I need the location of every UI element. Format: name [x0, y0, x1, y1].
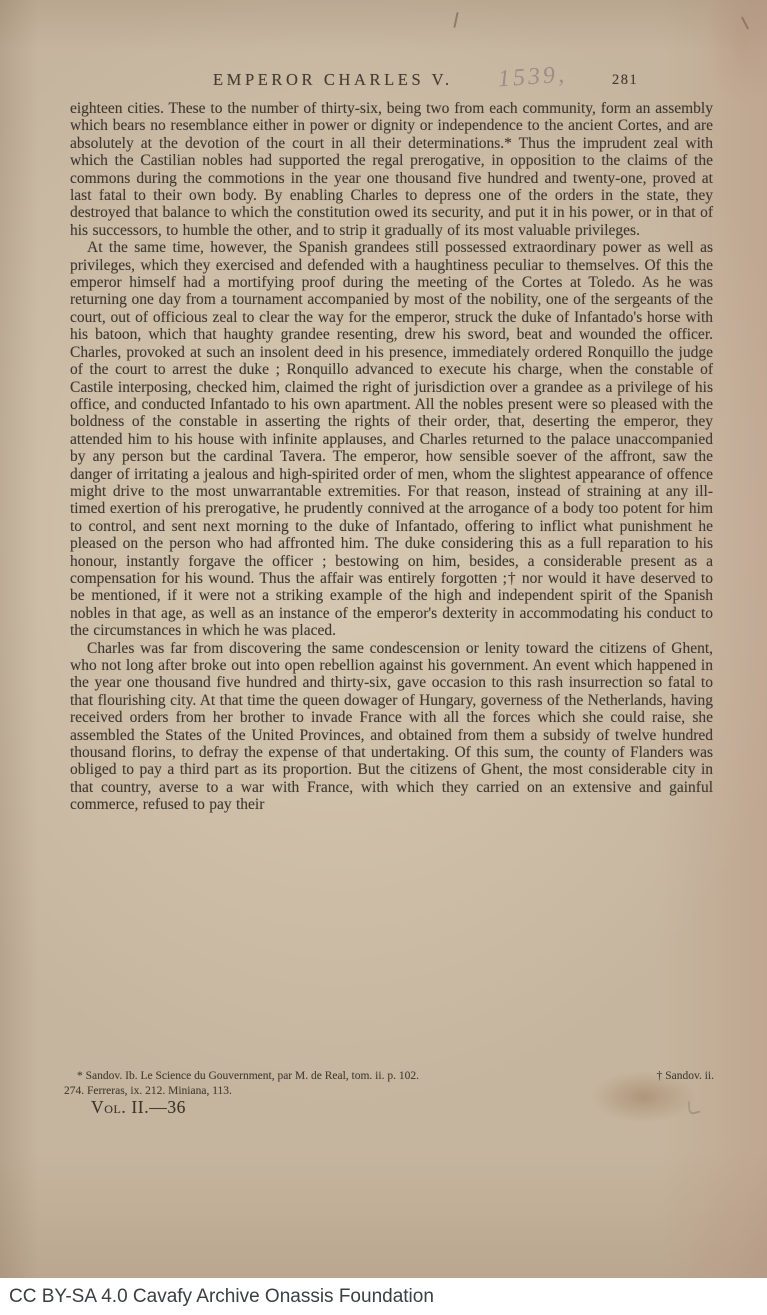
footnote-dagger-start: † Sandov. ii. — [657, 1070, 714, 1084]
license-bar: CC BY-SA 4.0 Cavafy Archive Onassis Foun… — [0, 1278, 767, 1315]
body-paragraph: Charles was far from discovering the sam… — [70, 640, 713, 814]
paper-fiber-mark — [453, 12, 458, 28]
book-page-scan: EMPEROR CHARLES V. 1539, 281 eighteen ci… — [0, 0, 767, 1315]
body-paragraph: eighteen cities. These to the number of … — [70, 100, 713, 239]
license-text: CC BY-SA 4.0 Cavafy Archive Onassis Foun… — [9, 1286, 434, 1308]
paper-background: EMPEROR CHARLES V. 1539, 281 eighteen ci… — [0, 0, 767, 1278]
footnote-line: 274. Ferreras, ix. 212. Miniana, 113. — [64, 1085, 714, 1099]
running-title: EMPEROR CHARLES V. — [213, 70, 453, 90]
body-paragraph: At the same time, however, the Spanish g… — [70, 239, 713, 639]
paper-fiber-mark — [741, 16, 749, 29]
page-header: EMPEROR CHARLES V. 1539, 281 — [0, 66, 767, 100]
page-number: 281 — [612, 72, 638, 89]
page-text-block: eighteen cities. These to the number of … — [70, 100, 713, 814]
footnote-asterisk: * Sandov. Ib. Le Science du Gouvernment,… — [64, 1070, 419, 1084]
handwritten-annotation: 1539, — [497, 62, 568, 94]
footnote-line: * Sandov. Ib. Le Science du Gouvernment,… — [64, 1070, 714, 1084]
volume-signature: Vol. II.—36 — [91, 1101, 714, 1115]
footnotes-block: * Sandov. Ib. Le Science du Gouvernment,… — [64, 1070, 714, 1115]
